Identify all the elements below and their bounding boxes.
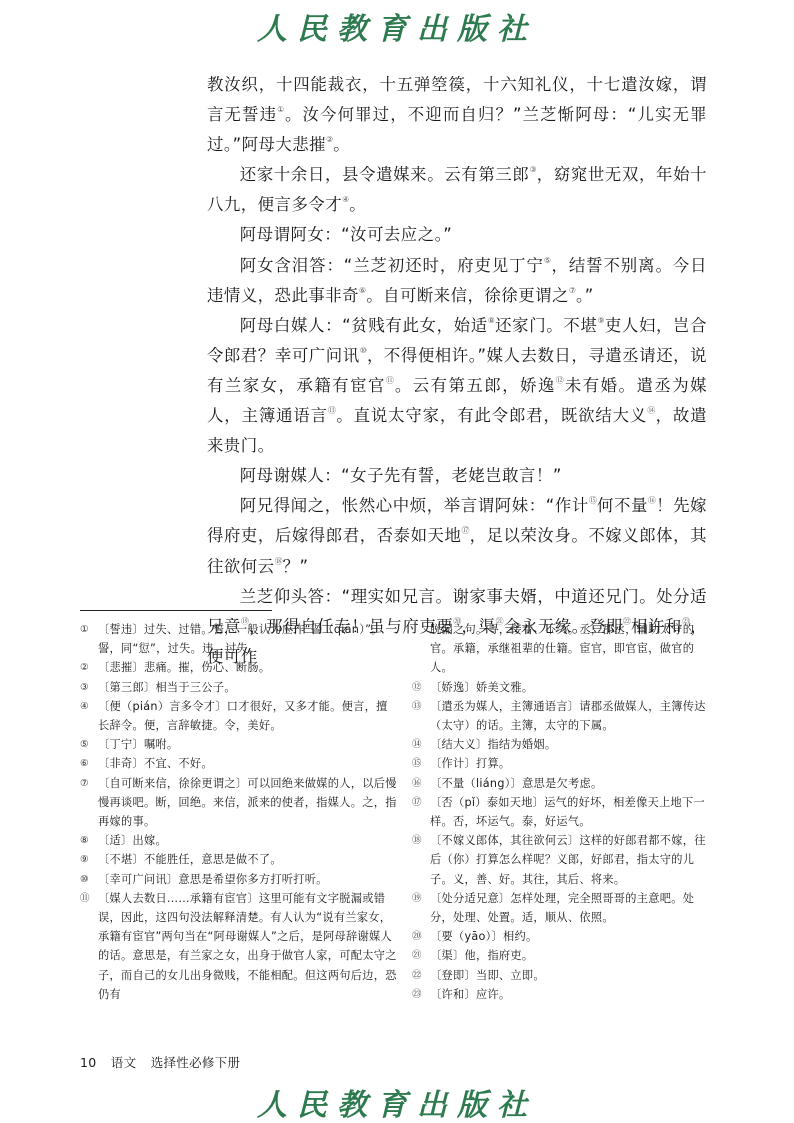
text-segment: ？” [283, 557, 309, 576]
footnote-text: 〔悲摧〕悲痛。摧，伤心、断肠。 [98, 661, 270, 674]
footnote-item: ⑩〔幸可广问讯〕意思是希望你多方打听打听。 [80, 870, 398, 889]
paragraph: 阿兄得闻之，怅然心中烦，举言谓阿妹：“作计⑮何不量⑯！先嫁得府吏，后嫁得郎君，否… [207, 491, 707, 581]
main-text: 教汝织，十四能裁衣，十五弹箜篌，十六知礼仪，十七遣汝嫁，谓言无誓违①。汝今何罪过… [207, 70, 707, 672]
footnote-number: ㉑ [412, 946, 422, 965]
footnote-number: ⑳ [412, 927, 422, 946]
footnote-item: ③〔第三郎〕相当于三公子。 [80, 678, 398, 697]
text-segment: 阿兄得闻之，怅然心中烦，举言谓阿妹：“作计 [240, 496, 589, 515]
footnote-item: ⑧〔适〕出嫁。 [80, 831, 398, 850]
footnote-text: 〔便（pián）言多令才〕口才很好，又多才能。便言，擅长辞令。便，言辞敏捷。令，… [98, 700, 388, 732]
footnote-item: ⑮〔作计〕打算。 [412, 754, 708, 773]
footnote-item: ㉓〔许和〕应许。 [412, 985, 708, 1004]
footnote-marker[interactable]: ⑨ [597, 316, 604, 325]
footnote-marker[interactable]: ⑪ [386, 376, 395, 385]
footnote-item: ⑰〔否（pǐ）泰如天地〕运气的好坏，相差像天上地下一样。否，坏运气。泰，好运气。 [412, 793, 708, 831]
footnote-item: ①〔誓违〕过失、过错。誓，一般认为应作“諐（qiān）”。諐，同“愆”，过失。违… [80, 620, 398, 658]
footnote-text: 〔不嫁义郎体，其往欲何云〕这样的好郎君都不嫁，往后（你）打算怎么样呢？义郎，好郎… [430, 834, 706, 885]
footnote-divider [80, 610, 272, 611]
subject-label: 语文 [111, 1055, 137, 1070]
footnote-marker[interactable]: ⑯ [648, 496, 656, 505]
text-segment: 还家门。不堪 [495, 316, 597, 335]
footnote-text: 〔渠〕他，指府吏。 [430, 949, 533, 962]
footnote-item: ②〔悲摧〕悲痛。摧，伤心、断肠。 [80, 658, 398, 677]
page-number: 10 [80, 1055, 97, 1070]
publisher-logo-bottom: 人民教育出版社 [0, 1080, 794, 1123]
footnote-marker[interactable]: ⑫ [556, 376, 565, 385]
footnote-item: ⑳〔要（yāo）〕相约。 [412, 927, 708, 946]
footnote-marker[interactable]: ① [277, 105, 285, 114]
footnote-item: ㉒〔登即〕当即、立即。 [412, 966, 708, 985]
footnote-number: ③ [80, 678, 89, 697]
footnote-text: 〔不量（liáng）〕意思是欠考虑。 [430, 777, 603, 790]
footnote-item: ⑦〔自可断来信，徐徐更谓之〕可以回绝来做媒的人，以后慢慢再谈吧。断，回绝。来信，… [80, 774, 398, 832]
text-segment: 阿女含泪答：“兰芝初还时，府吏见丁宁 [240, 256, 544, 275]
footnote-number: ⑬ [412, 697, 422, 716]
footnote-number: ② [80, 658, 89, 677]
footnote-number: ⑧ [80, 831, 89, 850]
footnote-text: 〔丁宁〕嘱咐。 [98, 738, 178, 751]
text-segment: 。云有第五郎，娇逸 [395, 376, 556, 395]
text-segment: 。直说太守家，有此令郎君，既欲结大义 [336, 406, 647, 425]
footnote-item: 脱漏之句。寻，接着、不久。丞，郡丞，辅助太守的官。承籍，承继祖辈的仕籍。宦官，即… [412, 620, 708, 678]
footnotes-right-column: 脱漏之句。寻，接着、不久。丞，郡丞，辅助太守的官。承籍，承继祖辈的仕籍。宦官，即… [412, 620, 708, 1004]
footnote-text: 〔遣丞为媒人，主簿通语言〕请郡丞做媒人，主簿传达（太守）的话。主簿，太守的下属。 [430, 700, 706, 732]
footnote-item: ⑲〔处分适兄意〕怎样处理，完全照哥哥的主意吧。处分，处理、处置。适，顺从、依照。 [412, 889, 708, 927]
footnote-number: ⑪ [80, 889, 90, 908]
footnote-text: 〔结大义〕指结为婚姻。 [430, 738, 556, 751]
text-segment: 。自可断来信，徐徐更谓之 [366, 286, 569, 305]
footnote-text: 〔许和〕应许。 [430, 988, 510, 1001]
paragraph: 还家十余日，县令遣媒来。云有第三郎③，窈窕世无双，年始十八九，便言多令才④。 [207, 160, 707, 220]
volume-label: 选择性必修下册 [151, 1055, 241, 1070]
footnote-text: 〔媒人去数日……承籍有宦官〕这里可能有文字脱漏或错误，因此，这四句没法解释清楚。… [98, 892, 397, 1001]
footnote-marker[interactable]: ⑰ [461, 526, 469, 535]
footnote-item: ⑫〔娇逸〕娇美文雅。 [412, 678, 708, 697]
footnote-number: ① [80, 620, 89, 639]
footnote-marker[interactable]: ⑭ [647, 406, 655, 415]
footnote-text: 〔第三郎〕相当于三公子。 [98, 681, 236, 694]
footnote-number: ⑲ [412, 889, 422, 908]
paragraph: 阿母谢媒人：“女子先有誓，老姥岂敢言！” [207, 461, 707, 491]
paragraph: 阿母白媒人：“贫贱有此女，始适⑧还家门。不堪⑨吏人妇，岂合令郎君？幸可广问讯⑩，… [207, 311, 707, 461]
footnote-text: 〔否（pǐ）泰如天地〕运气的好坏，相差像天上地下一样。否，坏运气。泰，好运气。 [430, 796, 705, 828]
text-segment: 阿母谓阿女：“汝可去应之。” [240, 225, 452, 244]
footnote-marker[interactable]: ③ [529, 165, 536, 174]
footnote-number: ⑦ [80, 774, 89, 793]
footnote-text: 〔自可断来信，徐徐更谓之〕可以回绝来做媒的人，以后慢慢再谈吧。断，回绝。来信，派… [98, 777, 397, 828]
publisher-logo-top: 人民教育出版社 [0, 4, 794, 48]
footnote-number: ㉒ [412, 966, 422, 985]
footnote-item: ⑬〔遣丞为媒人，主簿通语言〕请郡丞做媒人，主簿传达（太守）的话。主簿，太守的下属… [412, 697, 708, 735]
text-segment: 。 [349, 195, 366, 214]
footnote-number: ⑩ [80, 870, 89, 889]
text-segment: 阿母谢媒人：“女子先有誓，老姥岂敢言！” [240, 466, 562, 485]
footnote-text: 〔幸可广问讯〕意思是希望你多方打听打听。 [98, 873, 328, 886]
footnote-marker[interactable]: ⑮ [589, 496, 597, 505]
text-segment: 何不量 [597, 496, 648, 515]
footnote-number: ⑥ [80, 754, 89, 773]
footnote-item: ⑱〔不嫁义郎体，其往欲何云〕这样的好郎君都不嫁，往后（你）打算怎么样呢？义郎，好… [412, 831, 708, 889]
footnote-text: 〔适〕出嫁。 [98, 834, 167, 847]
paragraph: 阿女含泪答：“兰芝初还时，府吏见丁宁⑤，结誓不别离。今日违情义，恐此事非奇⑥。自… [207, 251, 707, 311]
footnote-number: ④ [80, 697, 89, 716]
footnotes-left-column: ①〔誓违〕过失、过错。誓，一般认为应作“諐（qiān）”。諐，同“愆”，过失。违… [80, 620, 398, 1004]
footnote-item: ⑤〔丁宁〕嘱咐。 [80, 735, 398, 754]
text-segment: 阿母白媒人：“贫贱有此女，始适 [240, 316, 488, 335]
footnote-text: 〔登即〕当即、立即。 [430, 969, 545, 982]
footnote-number: ⑰ [412, 793, 422, 812]
footnote-item: ⑪〔媒人去数日……承籍有宦官〕这里可能有文字脱漏或错误，因此，这四句没法解释清楚… [80, 889, 398, 1004]
footnote-number: ⑫ [412, 678, 422, 697]
footnote-text: 〔誓违〕过失、过错。誓，一般认为应作“諐（qiān）”。諐，同“愆”，过失。违，… [98, 623, 383, 655]
footnote-text: 〔非奇〕不宜、不好。 [98, 757, 213, 770]
footnote-number: ⑭ [412, 735, 422, 754]
paragraph: 阿母谓阿女：“汝可去应之。” [207, 220, 707, 250]
footnote-text: 脱漏之句。寻，接着、不久。丞，郡丞，辅助太守的官。承籍，承继祖辈的仕籍。宦官，即… [430, 623, 694, 674]
footnote-number: ⑱ [412, 831, 422, 850]
footnote-text: 〔作计〕打算。 [430, 757, 510, 770]
page-folio: 10 语文 选择性必修下册 [80, 1053, 250, 1071]
footnote-text: 〔不堪〕不能胜任，意思是做不了。 [98, 853, 282, 866]
footnote-number: ⑨ [80, 850, 89, 869]
footnote-number: ⑮ [412, 754, 422, 773]
text-segment: 还家十余日，县令遣媒来。云有第三郎 [240, 165, 530, 184]
footnote-marker[interactable]: ⑱ [275, 557, 283, 566]
footnote-marker[interactable]: ⑦ [569, 286, 576, 295]
footnote-number: ⑯ [412, 774, 422, 793]
footnote-item: ⑭〔结大义〕指结为婚姻。 [412, 735, 708, 754]
text-segment: 。 [333, 135, 350, 154]
footnote-number: ㉓ [412, 985, 422, 1004]
footnote-item: ⑥〔非奇〕不宜、不好。 [80, 754, 398, 773]
footnote-text: 〔处分适兄意〕怎样处理，完全照哥哥的主意吧。处分，处理、处置。适，顺从、依照。 [430, 892, 694, 924]
text-segment: 。” [576, 286, 594, 305]
footnote-item: ⑯〔不量（liáng）〕意思是欠考虑。 [412, 774, 708, 793]
footnote-text: 〔要（yāo）〕相约。 [430, 930, 538, 943]
footnote-text: 〔娇逸〕娇美文雅。 [430, 681, 533, 694]
paragraph: 教汝织，十四能裁衣，十五弹箜篌，十六知礼仪，十七遣汝嫁，谓言无誓违①。汝今何罪过… [207, 70, 707, 160]
footnote-item: ④〔便（pián）言多令才〕口才很好，又多才能。便言，擅长辞令。便，言辞敏捷。令… [80, 697, 398, 735]
footnote-item: ⑨〔不堪〕不能胜任，意思是做不了。 [80, 850, 398, 869]
footnote-number: ⑤ [80, 735, 89, 754]
footnote-marker[interactable]: ⑩ [360, 346, 367, 355]
footnote-item: ㉑〔渠〕他，指府吏。 [412, 946, 708, 965]
